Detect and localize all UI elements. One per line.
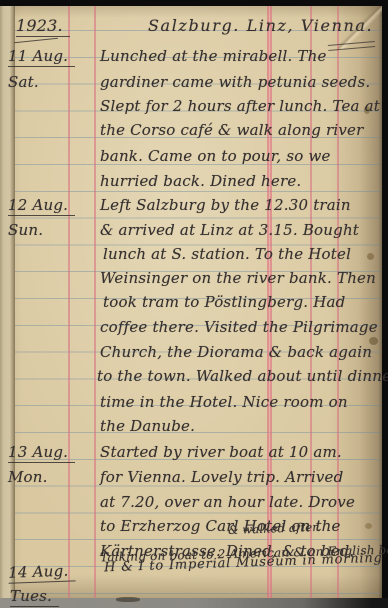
journal-text: coffee there. Visited the Pilgrimage (100, 319, 378, 336)
entry-date: 12 Aug. (8, 197, 75, 216)
journal-line: lunch at S. station. To the Hotel (0, 246, 382, 266)
page-header-line: 1923.Salzburg. Linz, Vienna. (0, 17, 382, 37)
page-title: Salzburg. Linz, Vienna. (148, 17, 373, 35)
entry-date: Sat. (8, 74, 39, 91)
notebook-page: 1923.Salzburg. Linz, Vienna.11 Aug.Lunch… (0, 6, 382, 598)
journal-text: Lunched at the mirabell. The (100, 48, 327, 65)
journal-line: coffee there. Visited the Pilgrimage (0, 319, 382, 339)
journal-text: & walked after. (228, 521, 321, 537)
journal-text: the Danube. (100, 418, 195, 435)
journal-line: 12 Aug.Left Salzburg by the 12.30 train (0, 197, 382, 217)
journal-text: Weinsinger on the river bank. Then (100, 270, 376, 287)
journal-line: Sat.gardiner came with petunia seeds. (0, 74, 382, 94)
journal-line: Tues. (0, 588, 382, 608)
journal-line: hurried back. Dined here. (0, 173, 382, 193)
journal-line: at 7.20, over an hour late. Drove (0, 494, 382, 514)
journal-line: 11 Aug.Lunched at the mirabell. The (0, 48, 382, 68)
journal-line: Slept for 2 hours after lunch. Tea at (0, 98, 382, 118)
journal-line: bank. Came on to pour, so we (0, 148, 382, 168)
diary-photo: 1923.Salzburg. Linz, Vienna.11 Aug.Lunch… (0, 0, 388, 608)
journal-text: for Vienna. Lovely trip. Arrived (100, 469, 343, 486)
journal-line: Church, the Diorama & back again (0, 344, 382, 364)
journal-text: & arrived at Linz at 3.15. Bought (100, 222, 359, 239)
handwriting-layer: 1923.Salzburg. Linz, Vienna.11 Aug.Lunch… (0, 6, 382, 598)
journal-text: gardiner came with petunia seeds. (100, 74, 370, 91)
journal-line: the Corso café & walk along river (0, 122, 382, 142)
journal-text: hurried back. Dined here. (100, 173, 301, 190)
journal-text: took tram to Pöstlingberg. Had (103, 294, 345, 311)
journal-text: the Corso café & walk along river (100, 122, 364, 139)
journal-line: to the town. Walked about until dinner (0, 368, 382, 388)
journal-text: time in the Hotel. Nice room on (100, 394, 348, 411)
year-label: 1923. (16, 17, 70, 37)
journal-line: took tram to Pöstlingberg. Had (0, 294, 382, 314)
entry-date: Mon. (8, 469, 48, 486)
entry-date: Tues. (10, 588, 59, 607)
journal-text: Left Salzburg by the 12.30 train (100, 197, 351, 214)
entry-date: 11 Aug. (8, 48, 75, 67)
journal-text: bank. Came on to pour, so we (100, 148, 331, 165)
journal-line: Mon.for Vienna. Lovely trip. Arrived (0, 469, 382, 489)
journal-line: Weinsinger on the river bank. Then (0, 270, 382, 290)
journal-line: time in the Hotel. Nice room on (0, 394, 382, 414)
entry-date: Sun. (8, 222, 43, 239)
journal-line: 13 Aug.Started by river boat at 10 am. (0, 444, 382, 464)
entry-date: 13 Aug. (8, 444, 75, 463)
journal-line: Sun.& arrived at Linz at 3.15. Bought (0, 222, 382, 242)
journal-text: Church, the Diorama & back again (100, 344, 372, 361)
journal-text: Slept for 2 hours after lunch. Tea at (100, 98, 380, 115)
journal-text: lunch at S. station. To the Hotel (103, 246, 351, 263)
journal-text: to the town. Walked about until dinner (97, 368, 388, 385)
journal-line: the Danube. (0, 418, 382, 438)
journal-text: at 7.20, over an hour late. Drove (100, 494, 355, 511)
entry-date: 14 Aug. (8, 562, 76, 583)
journal-text: Started by river boat at 10 am. (100, 444, 342, 461)
